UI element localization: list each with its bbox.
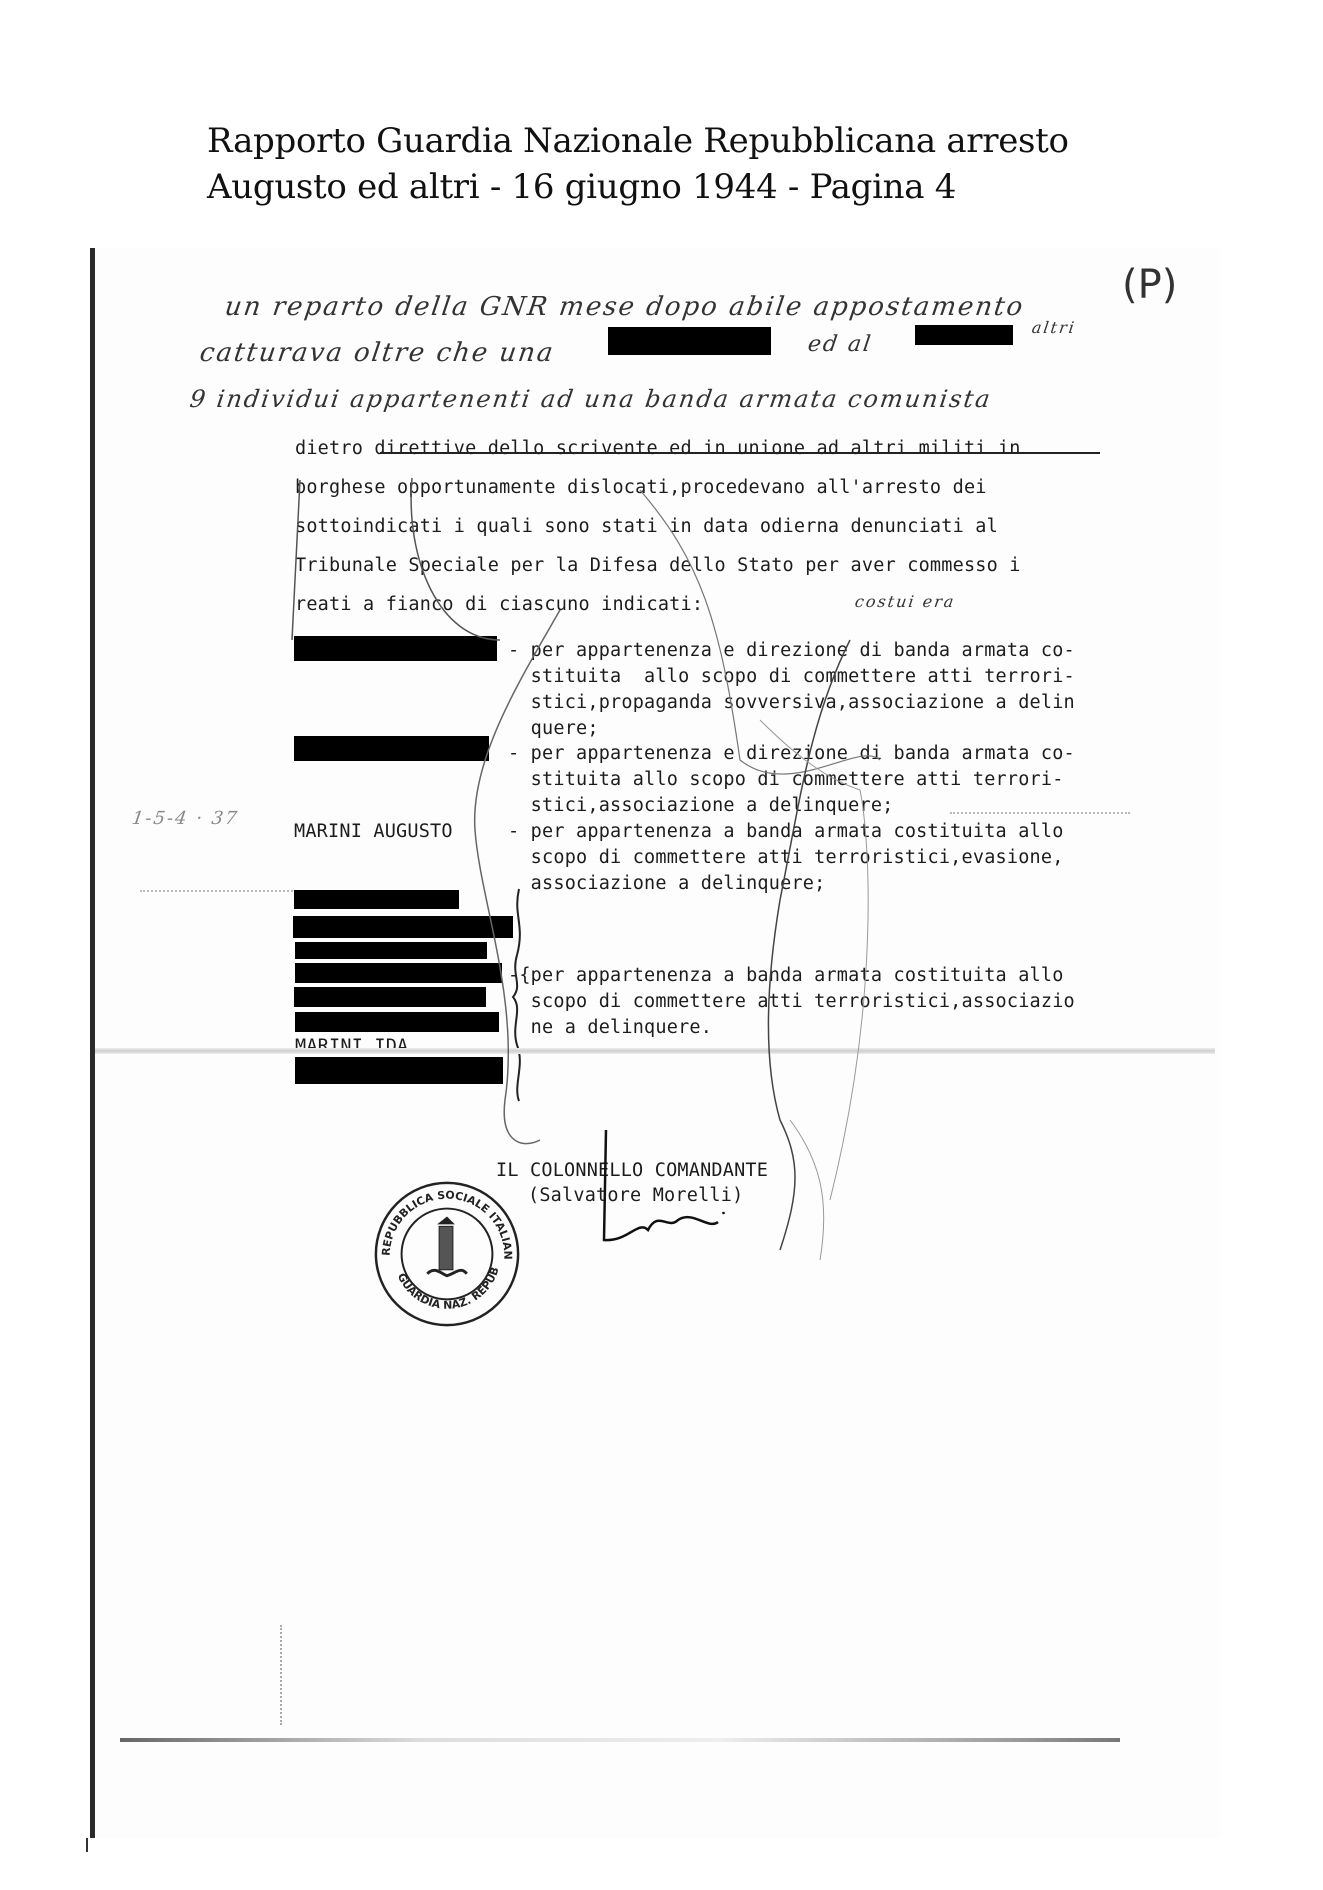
signature-scrawl (598, 1130, 738, 1260)
pencil-annotation-lines (0, 0, 1323, 1890)
scan-artifact (280, 1625, 284, 1725)
scan-bottom-edge (120, 1738, 1120, 1742)
official-stamp-icon: REPUBBLICA SOCIALE ITALIANA GUARDIA NAZ.… (368, 1178, 526, 1328)
